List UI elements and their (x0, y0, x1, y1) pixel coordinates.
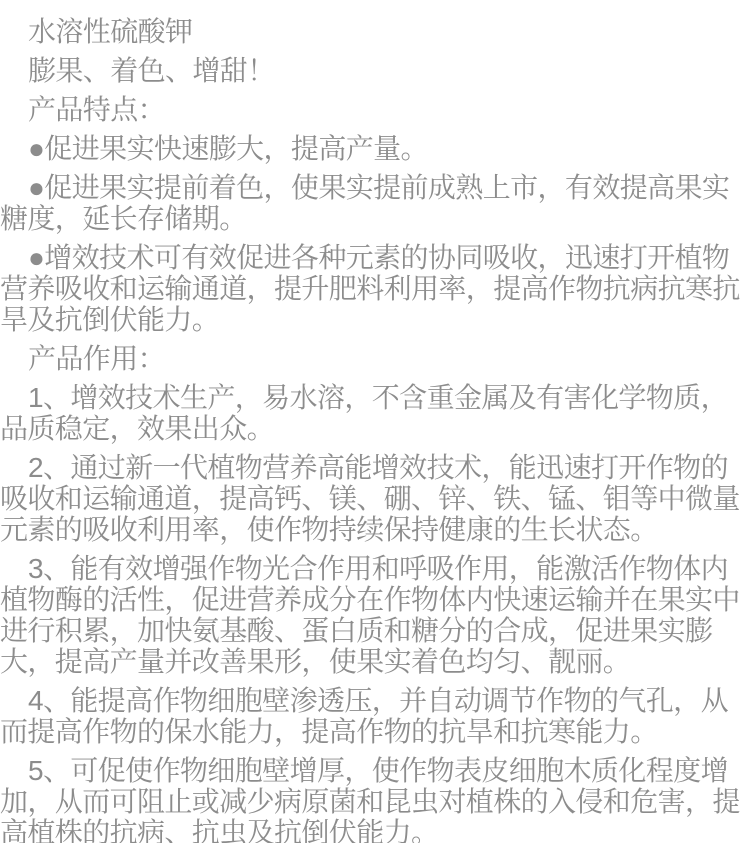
function-item-3: 3、能有效增强作物光合作用和呼吸作用，能激活作物体内植物酶的活性，促进营养成分在… (0, 553, 750, 677)
feature-bullet-3: ●增效技术可有效促进各种元素的协同吸收，迅速打开植物营养吸收和运输通道，提升肥料… (0, 242, 750, 335)
feature-bullet-1: ●促进果实快速膨大，提高产量。 (0, 133, 750, 164)
features-heading: 产品特点： (0, 94, 750, 125)
function-item-2: 2、通过新一代植物营养高能增效技术，能迅速打开作物的吸收和运输通道，提高钙、镁、… (0, 452, 750, 545)
function-item-4: 4、能提高作物细胞壁渗透压，并自动调节作物的气孔，从而提高作物的保水能力，提高作… (0, 685, 750, 747)
function-item-5: 5、可促使作物细胞壁增厚，使作物表皮细胞木质化程度增加，从而可阻止或减少病原菌和… (0, 755, 750, 843)
functions-heading: 产品作用： (0, 343, 750, 374)
product-slogan: 膨果、着色、增甜！ (0, 55, 750, 86)
feature-bullet-2: ●促进果实提前着色，使果实提前成熟上市，有效提高果实糖度，延长存储期。 (0, 172, 750, 234)
function-item-1: 1、增效技术生产，易水溶，不含重金属及有害化学物质，品质稳定，效果出众。 (0, 382, 750, 444)
product-title: 水溶性硫酸钾 (0, 16, 750, 47)
product-description-page: 水溶性硫酸钾 膨果、着色、增甜！ 产品特点： ●促进果实快速膨大，提高产量。 ●… (0, 0, 750, 843)
